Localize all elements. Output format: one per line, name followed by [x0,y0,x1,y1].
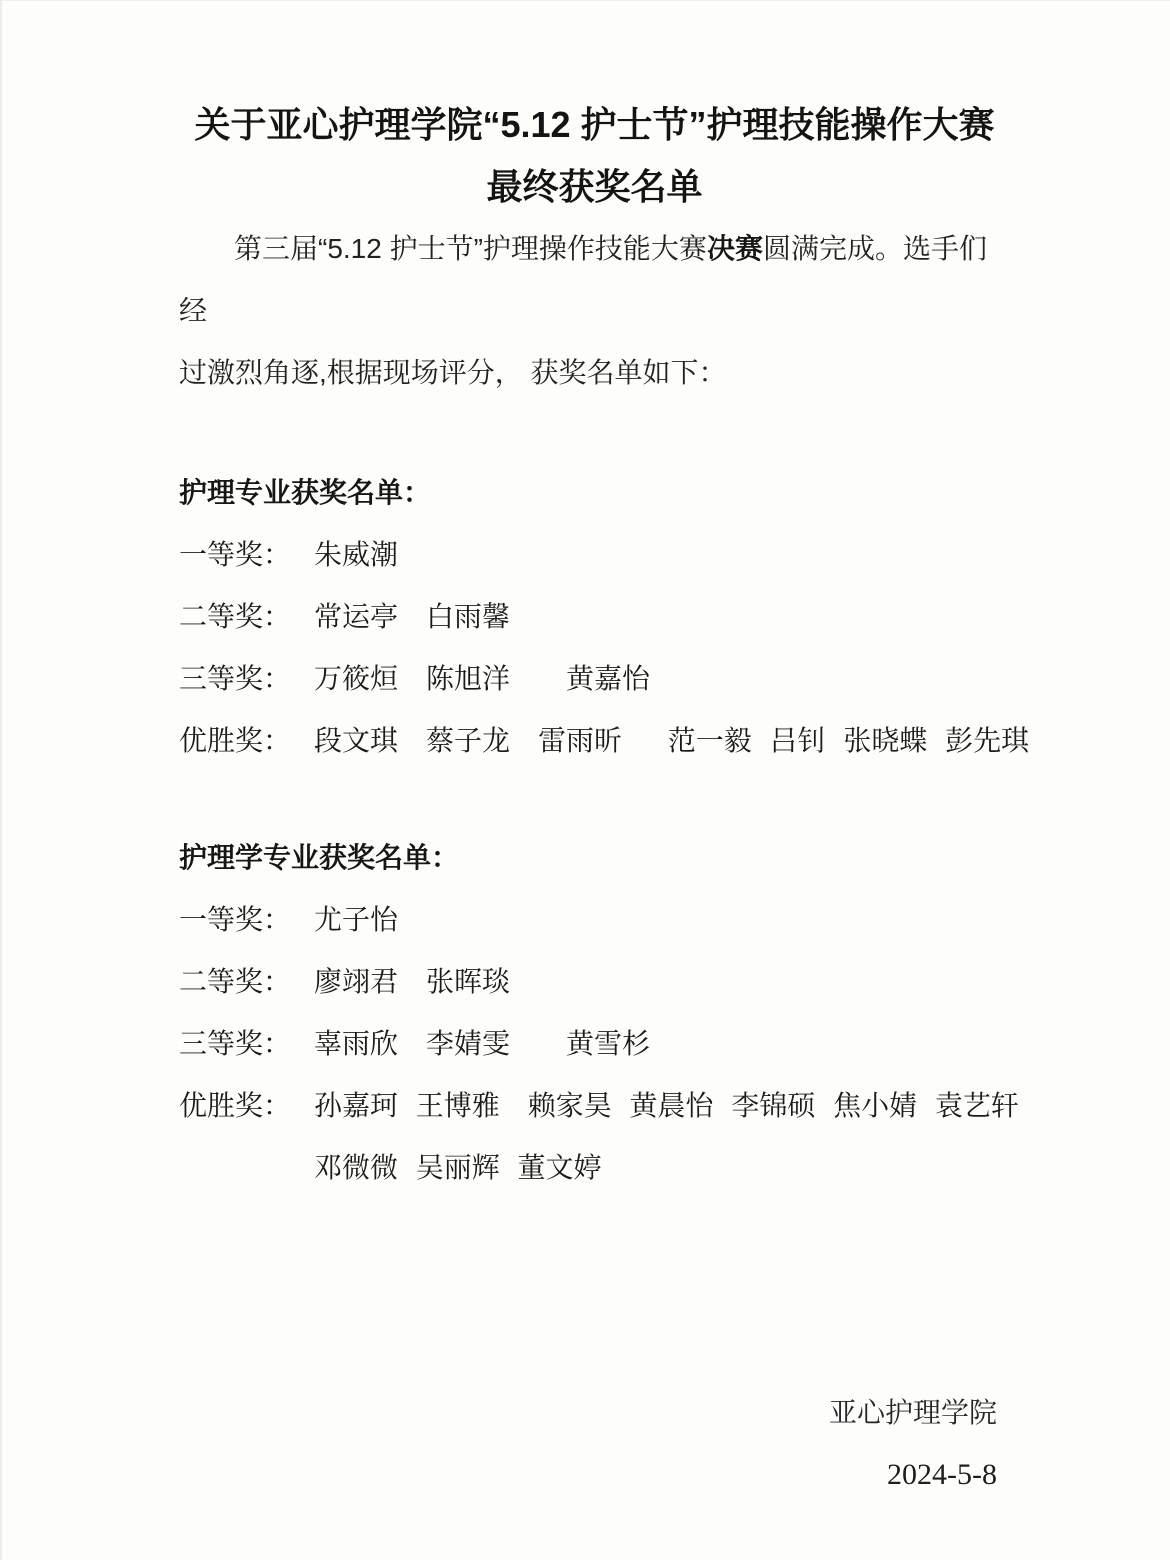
award-label: 二等奖： [179,586,314,648]
intro-paragraph: 第三届“5.12 护士节”护理操作技能大赛决赛圆满完成。选手们经 过激烈角逐,根… [179,218,1010,404]
document-title-line-2: 最终获奖名单 [179,156,1010,218]
award-names: 孙嘉珂 王博雅 赖家昊 黄晨怡 李锦硕 焦小婧 袁艺轩 邓微微 吴丽辉 董文婷 [314,1075,1019,1199]
document-title: 关于亚心护理学院“5.12 护士节”护理技能操作大赛 最终获奖名单 [179,94,1010,218]
award-row-first-prize: 一等奖： 朱威潮 [179,524,1010,586]
award-row-second-prize: 二等奖： 廖翊君 张晖琰 [179,951,1010,1013]
award-label: 一等奖： [179,889,314,951]
award-row-first-prize: 一等奖： 尤子怡 [179,889,1010,951]
signature-organization: 亚心护理学院 [179,1382,997,1444]
award-names: 段文琪 蔡子龙 雷雨昕 范一毅 吕钊 张晓蝶 彭先琪 [314,710,1029,772]
section-nursing-science-major: 护理学专业获奖名单： 一等奖： 尤子怡 二等奖： 廖翊君 张晖琰 三等奖： 辜雨… [179,827,1010,1199]
award-names: 常运亭 白雨馨 [314,586,1010,648]
document-content: 关于亚心护理学院“5.12 护士节”护理技能操作大赛 最终获奖名单 第三届“5.… [2,1,1170,1506]
document-title-line-1: 关于亚心护理学院“5.12 护士节”护理技能操作大赛 [179,94,1010,156]
award-row-third-prize: 三等奖： 万筱烜 陈旭洋 黄嘉怡 [179,648,1010,710]
signature-date: 2024-5-8 [179,1444,997,1506]
section-nursing-major-header: 护理专业获奖名单： [179,462,1010,524]
intro-lead-text: 第三届“5.12 护士节”护理操作技能大赛 [234,233,707,264]
document-page: 关于亚心护理学院“5.12 护士节”护理技能操作大赛 最终获奖名单 第三届“5.… [0,0,1170,1560]
award-row-third-prize: 三等奖： 辜雨欣 李婧雯 黄雪杉 [179,1013,1010,1075]
award-label: 三等奖： [179,1013,314,1075]
award-names: 朱威潮 [314,524,1010,586]
section-nursing-major: 护理专业获奖名单： 一等奖： 朱威潮 二等奖： 常运亭 白雨馨 三等奖： 万筱烜… [179,462,1010,772]
award-row-merit-prize: 优胜奖： 段文琪 蔡子龙 雷雨昕 范一毅 吕钊 张晓蝶 彭先琪 [179,710,1010,772]
award-label: 三等奖： [179,648,314,710]
award-names: 万筱烜 陈旭洋 黄嘉怡 [314,648,1010,710]
section-nursing-science-major-header: 护理学专业获奖名单： [179,827,1010,889]
award-names: 尤子怡 [314,889,1010,951]
award-names: 廖翊君 张晖琰 [314,951,1010,1013]
award-label: 优胜奖： [179,710,314,772]
signature-block: 亚心护理学院 2024-5-8 [179,1382,1010,1506]
intro-line-1: 第三届“5.12 护士节”护理操作技能大赛决赛圆满完成。选手们经 [179,218,1010,342]
intro-line-2: 过激烈角逐,根据现场评分， 获奖名单如下： [179,342,1010,404]
award-row-merit-prize: 优胜奖： 孙嘉珂 王博雅 赖家昊 黄晨怡 李锦硕 焦小婧 袁艺轩 邓微微 吴丽辉… [179,1075,1010,1199]
award-label: 一等奖： [179,524,314,586]
award-label: 二等奖： [179,951,314,1013]
award-label: 优胜奖： [179,1075,314,1137]
intro-emphasis-text: 决赛 [707,233,763,264]
award-row-second-prize: 二等奖： 常运亭 白雨馨 [179,586,1010,648]
award-names: 辜雨欣 李婧雯 黄雪杉 [314,1013,1010,1075]
